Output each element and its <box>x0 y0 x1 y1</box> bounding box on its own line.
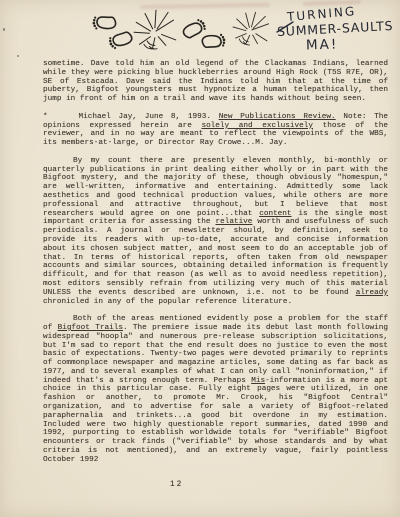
body-paragraph: Both of the areas mentioned evidently po… <box>43 315 388 465</box>
footprint-pair-icon <box>92 15 133 51</box>
footprint-pair-icon <box>182 17 227 50</box>
handwritten-note-line3: MA! <box>306 36 339 53</box>
body-paragraph: By my count there are presently eleven m… <box>43 157 388 307</box>
tumble-scribble-icon <box>134 10 176 49</box>
body-paragraph: sometime. Dave told him an old legend of… <box>43 60 388 104</box>
tumble-scribble-icon <box>230 8 272 48</box>
review-note-paragraph: * Michael Jay, June 8, 1993. New Publica… <box>43 113 388 148</box>
scanned-page: TURNING SUMMER-SAULTS MA! sometime. Dave… <box>0 0 400 517</box>
page-number: 12 <box>170 481 183 489</box>
document-body: sometime. Dave told him an old legend of… <box>43 60 388 473</box>
